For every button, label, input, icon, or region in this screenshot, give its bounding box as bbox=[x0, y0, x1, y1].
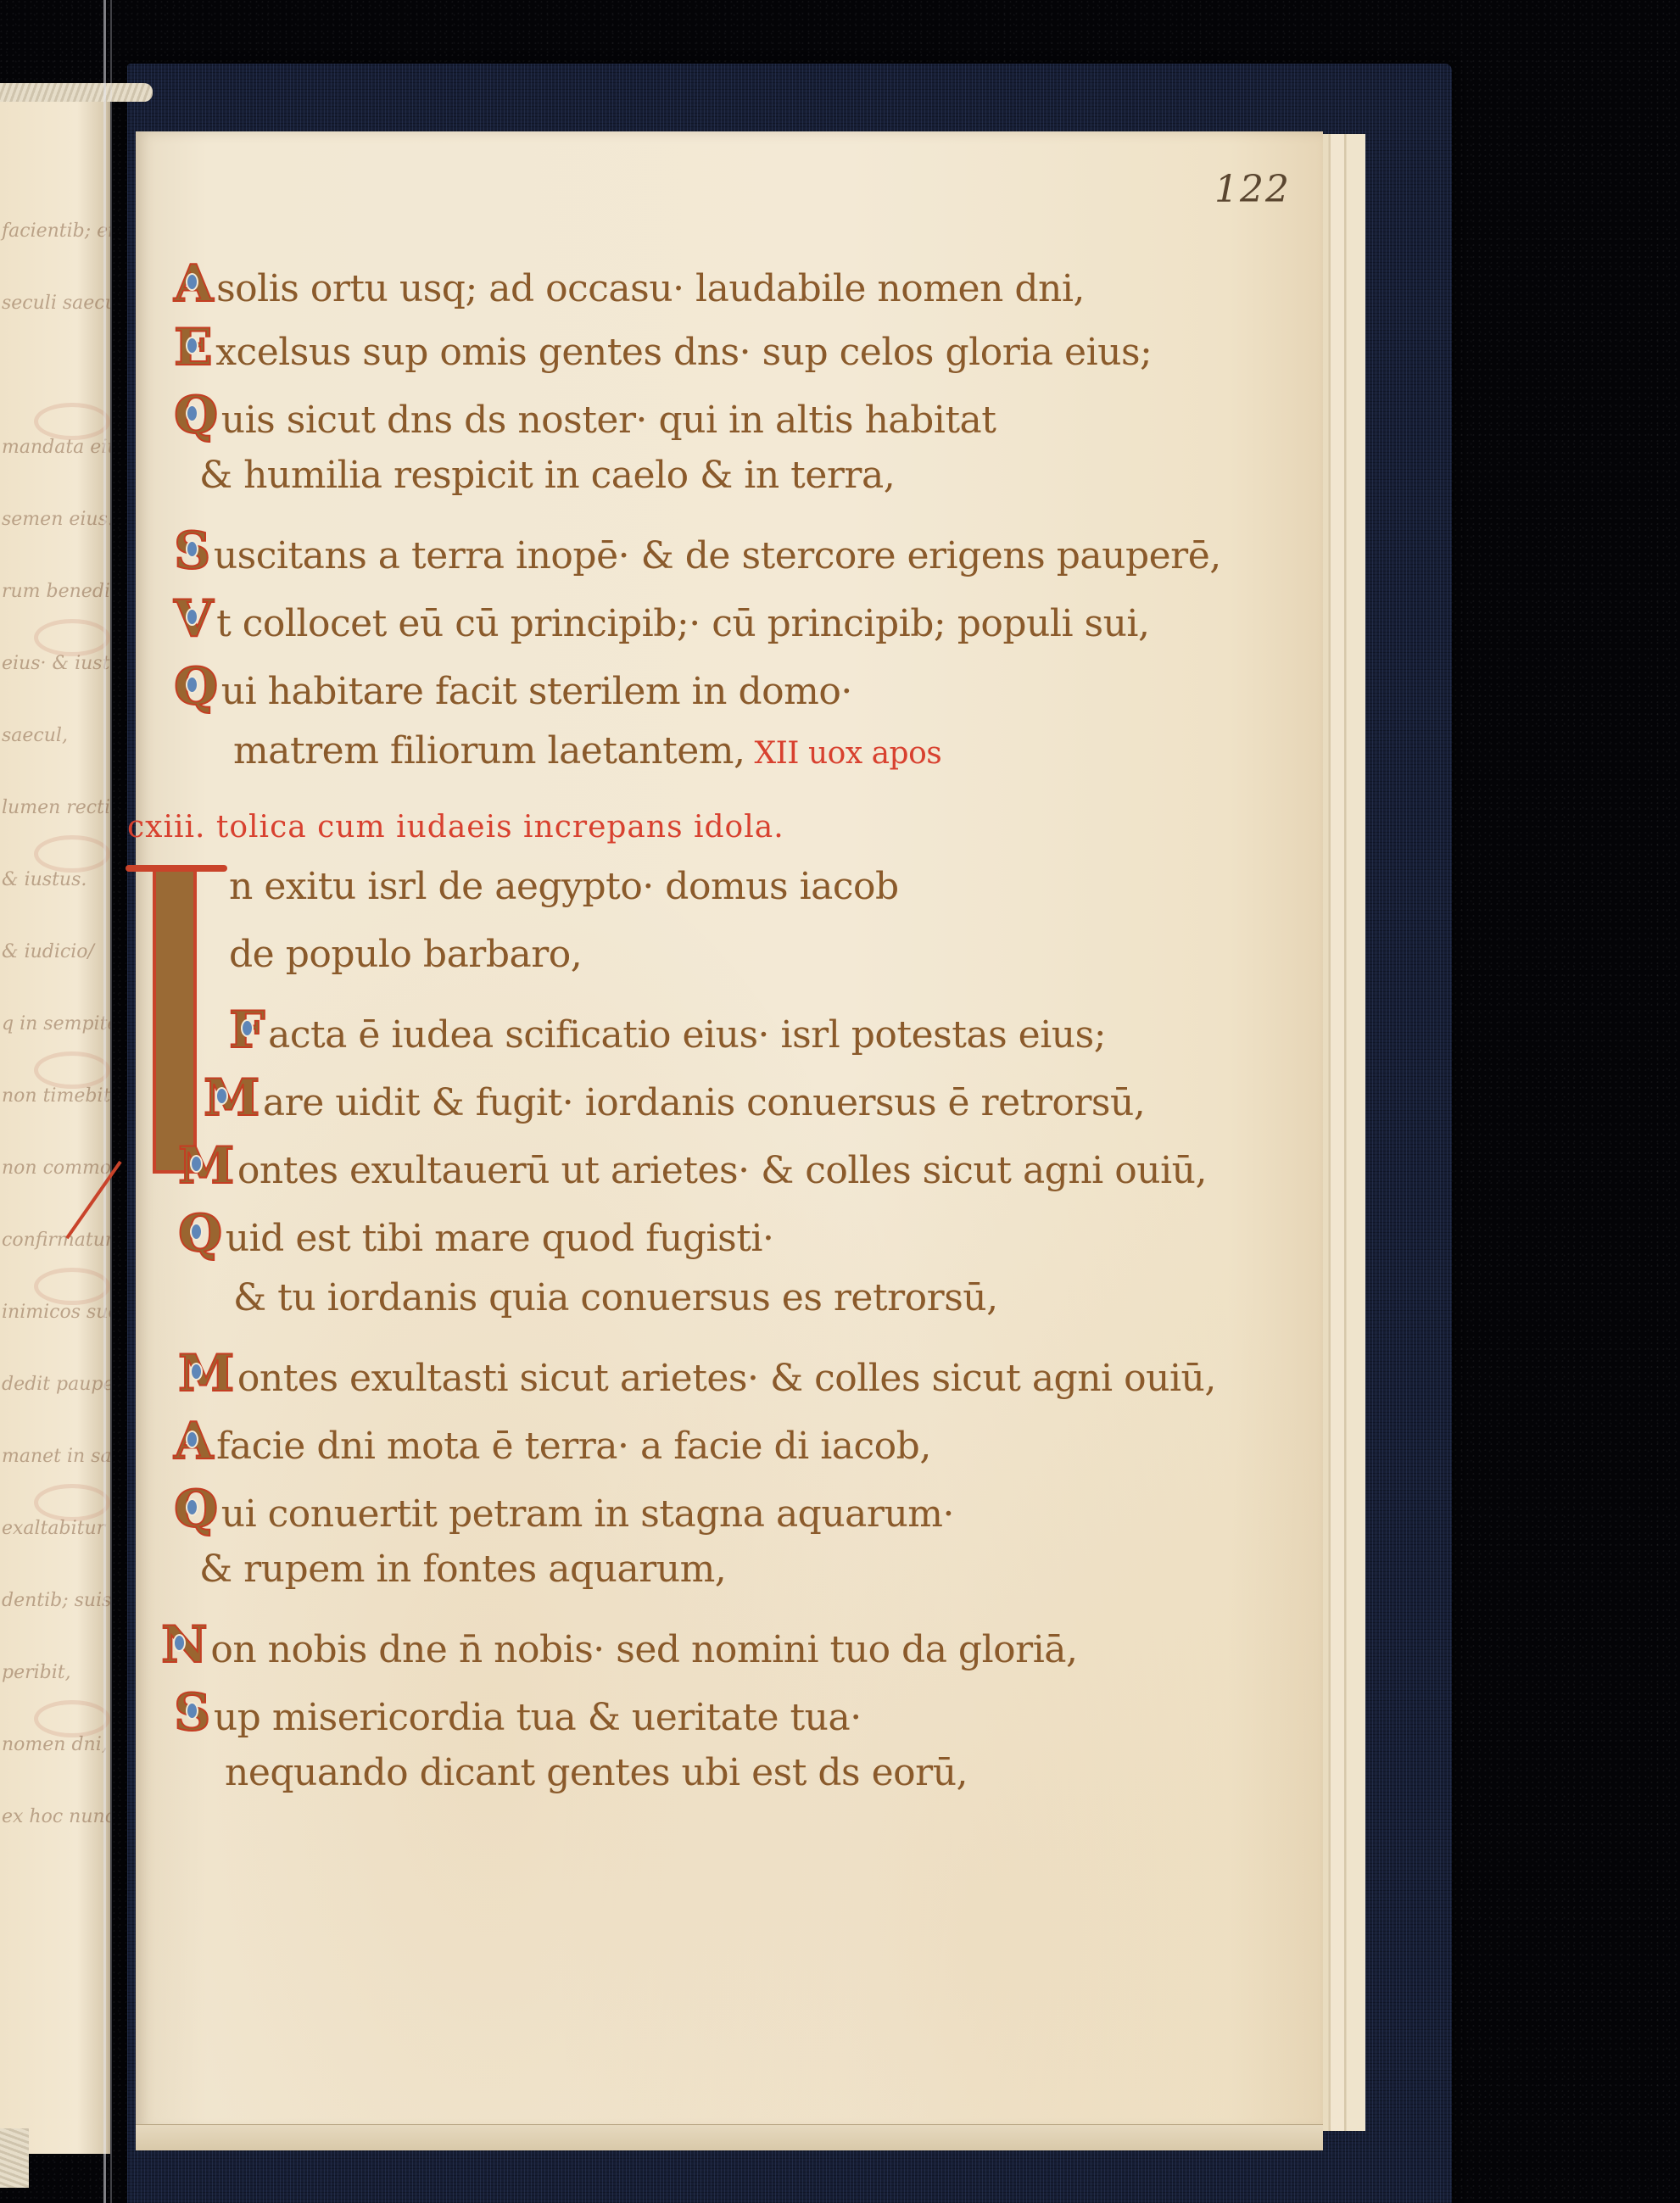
text-line: Asolis ortu usq; ad occasu· laudabile no… bbox=[174, 254, 1085, 314]
text-line: Mare uidit & fugit· iordanis conuersus ē… bbox=[204, 1068, 1145, 1128]
verso-text-fragment: seculi saecul, bbox=[2, 293, 110, 314]
blue-infill-icon bbox=[190, 1155, 203, 1173]
text-line: Montes exultauerū ut arietes· & colles s… bbox=[178, 1136, 1207, 1196]
verso-text-fragment: & iustus. bbox=[2, 869, 110, 890]
line-text: acta ē iudea scificatio eius· isrl potes… bbox=[268, 1013, 1106, 1057]
line-text: de populo barbaro, bbox=[229, 933, 582, 976]
verso-text-fragment: non commouebitur bbox=[2, 1157, 110, 1179]
verso-text-fragment: & iudicio/ bbox=[2, 941, 110, 962]
text-line: Suscitans a terra inopē· & de stercore e… bbox=[174, 521, 1221, 581]
verso-text-fragment: non timebit, bbox=[2, 1085, 110, 1107]
decorated-initial: Q bbox=[174, 657, 218, 717]
show-through-initial bbox=[34, 403, 110, 440]
verso-text-fragment: lumen rectis. bbox=[2, 797, 110, 818]
verso-text-fragment: q in sempiter bbox=[2, 1013, 110, 1035]
verso-text-fragment: manet in saeculū bbox=[2, 1446, 110, 1467]
glass-plate-edge bbox=[110, 0, 112, 2203]
decorated-initial: Q bbox=[174, 1480, 218, 1539]
line-text: ui conuertit petram in stagna aquarum· bbox=[221, 1492, 954, 1536]
decorated-initial: F bbox=[229, 1001, 265, 1060]
show-through-initial bbox=[34, 1051, 110, 1089]
decorated-initial: A bbox=[174, 254, 213, 314]
verso-text-fragment: confirmatum est bbox=[2, 1230, 110, 1251]
verso-text-fragment: dentib; suis frem bbox=[2, 1590, 110, 1611]
decorated-initial: M bbox=[178, 1136, 234, 1196]
rubric-heading: cxiii. tolica cum iudaeis increpans idol… bbox=[127, 810, 784, 845]
verso-text-fragment: mandata eius uol bbox=[2, 437, 110, 458]
decorated-initial: M bbox=[204, 1068, 260, 1128]
line-text: & tu iordanis quia conuersus es retrorsū… bbox=[233, 1276, 998, 1319]
large-initial-I bbox=[153, 865, 197, 1174]
rubric-text: XII uox apos bbox=[745, 736, 942, 771]
text-line: matrem filiorum laetantem, XII uox apos bbox=[233, 729, 941, 772]
text-line: n exitu isrl de aegypto· domus iacob bbox=[229, 865, 899, 908]
show-through-initial bbox=[34, 619, 110, 656]
decorated-initial: Q bbox=[174, 386, 218, 445]
line-text: up misericordia tua & ueritate tua· bbox=[214, 1696, 862, 1739]
verso-text-fragment: exaltabitur in gloria, bbox=[2, 1518, 110, 1539]
line-text: & humilia respicit in caelo & in terra, bbox=[199, 454, 895, 497]
line-text: uid est tibi mare quod fugisti· bbox=[226, 1217, 774, 1260]
show-through-initial bbox=[34, 1484, 110, 1521]
page-bottom-edge bbox=[136, 2124, 1323, 2150]
line-text: xcelsus sup omis gentes dns· sup celos g… bbox=[215, 331, 1152, 374]
line-text: & rupem in fontes aquarum, bbox=[199, 1548, 726, 1591]
text-line: Qui habitare facit sterilem in domo· bbox=[174, 657, 852, 717]
text-line: Facta ē iudea scificatio eius· isrl pote… bbox=[229, 1001, 1106, 1060]
verso-text-fragment: rum benedicetur, bbox=[2, 581, 110, 602]
folio-number: 122 bbox=[1214, 168, 1291, 211]
blue-infill-icon bbox=[190, 1363, 203, 1380]
text-line: Montes exultasti sicut arietes· & colles… bbox=[178, 1344, 1216, 1403]
verso-text-fragment: facientib; ei/ bbox=[2, 220, 110, 242]
line-text: ui habitare facit sterilem in domo· bbox=[221, 670, 852, 713]
text-line: Non nobis dne n̄ nobis· sed nomini tuo d… bbox=[161, 1615, 1078, 1675]
show-through-initial bbox=[34, 1268, 110, 1305]
blue-infill-icon bbox=[186, 1702, 198, 1720]
line-text: matrem filiorum laetantem, bbox=[233, 729, 745, 772]
verso-text-fragment: eius· & iustitia bbox=[2, 653, 110, 674]
line-text: uscitans a terra inopē· & de stercore er… bbox=[214, 534, 1221, 577]
text-line: Quis sicut dns ds noster· qui in altis h… bbox=[174, 386, 996, 445]
decorated-initial: A bbox=[174, 1412, 213, 1471]
decorated-initial: M bbox=[178, 1344, 234, 1403]
show-through-initial bbox=[34, 1700, 110, 1737]
blue-infill-icon bbox=[186, 540, 198, 558]
bookmark-ribbon-bottom bbox=[0, 2128, 29, 2188]
text-line: nequando dicant gentes ubi est ds eorū, bbox=[225, 1751, 968, 1794]
decorated-initial: N bbox=[161, 1615, 207, 1675]
text-line: Quid est tibi mare quod fugisti· bbox=[178, 1204, 773, 1263]
verso-text-fragment: inimicos suos. bbox=[2, 1302, 110, 1323]
decorated-initial: S bbox=[174, 521, 210, 581]
line-text: facie dni mota ē terra· a facie di iacob… bbox=[216, 1425, 931, 1468]
text-line: & rupem in fontes aquarum, bbox=[199, 1548, 726, 1591]
line-text: solis ortu usq; ad occasu· laudabile nom… bbox=[216, 267, 1085, 310]
rubric-text: tolica cum iudaeis increpans idola. bbox=[216, 810, 784, 845]
decorated-initial: V bbox=[174, 589, 213, 649]
text-line: Afacie dni mota ē terra· a facie di iaco… bbox=[174, 1412, 931, 1471]
verso-text-fragment: peribit, bbox=[2, 1662, 110, 1683]
line-text: ontes exultauerū ut arietes· & colles si… bbox=[237, 1149, 1207, 1192]
blue-infill-icon bbox=[186, 1431, 198, 1448]
text-line: Sup misericordia tua & ueritate tua· bbox=[174, 1683, 862, 1743]
text-line: & tu iordanis quia conuersus es retrorsū… bbox=[233, 1276, 998, 1319]
verso-text-fragment: nomen dni, bbox=[2, 1734, 110, 1755]
text-line: & humilia respicit in caelo & in terra, bbox=[199, 454, 895, 497]
blue-infill-icon bbox=[215, 1087, 228, 1105]
line-text: uis sicut dns ds noster· qui in altis ha… bbox=[221, 399, 996, 442]
bookmark-ribbon-top bbox=[0, 83, 153, 102]
text-line: Qui conuertit petram in stagna aquarum· bbox=[174, 1480, 954, 1539]
psalm-number: cxiii. bbox=[127, 810, 216, 845]
line-text: nequando dicant gentes ubi est ds eorū, bbox=[225, 1751, 968, 1794]
decorated-initial: E bbox=[174, 318, 212, 377]
glass-plate-edge bbox=[103, 0, 106, 2203]
line-text: ontes exultasti sicut arietes· & colles … bbox=[237, 1357, 1216, 1400]
line-text: on nobis dne n̄ nobis· sed nomini tuo da… bbox=[210, 1628, 1077, 1671]
verso-text-fragment: saecul, bbox=[2, 725, 110, 746]
verso-text-fragment: semen eius. bbox=[2, 509, 110, 530]
blue-infill-icon bbox=[186, 404, 198, 422]
blue-infill-icon bbox=[190, 1223, 203, 1241]
text-line: de populo barbaro, bbox=[229, 933, 582, 976]
blue-infill-icon bbox=[173, 1634, 186, 1652]
text-line: Excelsus sup omis gentes dns· sup celos … bbox=[174, 318, 1152, 377]
line-text: are uidit & fugit· iordanis conuersus ē … bbox=[263, 1081, 1145, 1124]
verso-text-fragment: dedit pauperib; bbox=[2, 1374, 110, 1395]
decorated-initial: S bbox=[174, 1683, 210, 1743]
blue-infill-icon bbox=[186, 676, 198, 694]
blue-infill-icon bbox=[186, 273, 198, 291]
blue-infill-icon bbox=[186, 337, 198, 354]
text-line: Vt collocet eū cū principib;· cū princip… bbox=[174, 589, 1149, 649]
verso-text-fragment: ex hoc nunc & usq bbox=[2, 1806, 110, 1827]
line-text: t collocet eū cū principib;· cū principi… bbox=[216, 602, 1149, 645]
show-through-initial bbox=[34, 835, 110, 873]
blue-infill-icon bbox=[241, 1019, 254, 1037]
decorated-initial: Q bbox=[178, 1204, 222, 1263]
line-text: n exitu isrl de aegypto· domus iacob bbox=[229, 865, 899, 908]
left-page-verso: facientib; ei/seculi saecul,mandata eius… bbox=[0, 93, 110, 2154]
blue-infill-icon bbox=[186, 608, 198, 626]
blue-infill-icon bbox=[186, 1498, 198, 1516]
